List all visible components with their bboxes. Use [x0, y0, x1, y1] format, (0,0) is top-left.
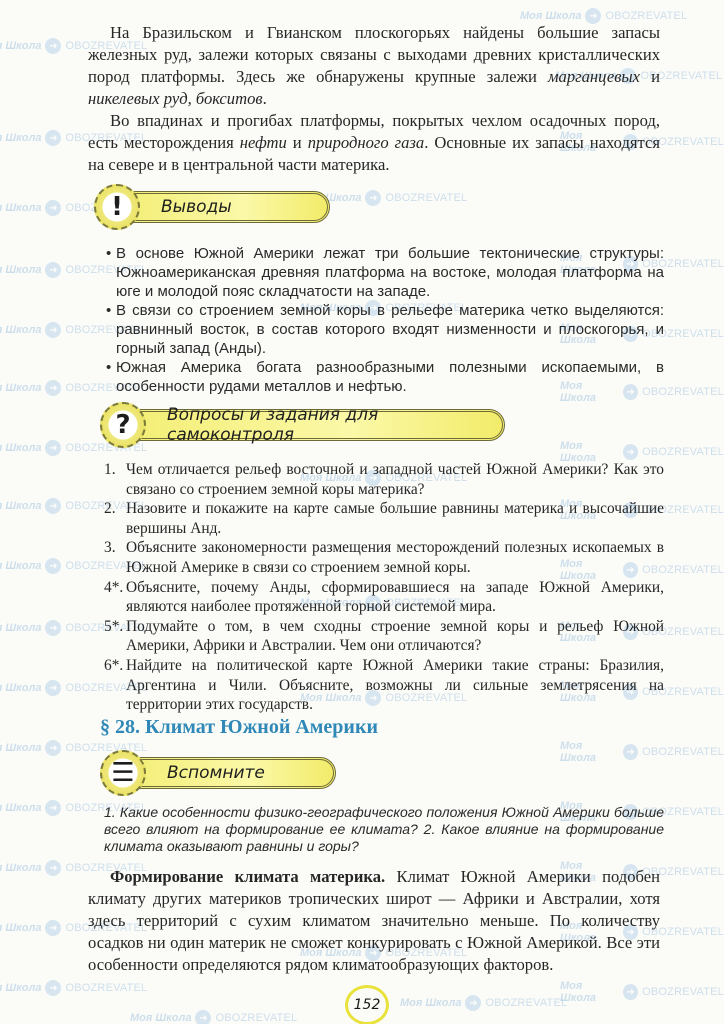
question-text: Объясните закономерности размещения мест…	[126, 538, 664, 577]
question-text: Назовите и покажите на карте самые больш…	[126, 499, 664, 538]
watermark-school-text: Моя Школа	[400, 997, 461, 1009]
watermark-school-text: Моя Школа	[0, 442, 41, 454]
question-item: 5*.Подумайте о том, в чем сходны строени…	[104, 617, 664, 656]
recall-banner: ☰ Вспомните	[100, 752, 336, 796]
brain-icon: ☰	[100, 750, 146, 796]
arrow-circle-icon: ➜	[45, 322, 61, 338]
question-item: 4*.Объясните, почему Анды, сформировавши…	[104, 578, 664, 617]
section-title: § 28. Климат Южной Америки	[100, 716, 378, 739]
emphasis-text: никелевых руд, бокситов	[88, 89, 263, 108]
watermark-school-text: Моя Школа	[0, 264, 41, 276]
arrow-circle-icon: ➜	[623, 984, 638, 1000]
watermark-school-text: Моя Школа	[0, 40, 41, 52]
question-number: 6*.	[104, 656, 126, 715]
arrow-circle-icon: ➜	[45, 200, 61, 216]
arrow-circle-icon: ➜	[45, 498, 61, 514]
watermark-school-text: Моя Школа	[0, 922, 41, 934]
question-text: Подумайте о том, в чем сходны строение з…	[126, 617, 664, 656]
watermark-school-text: Моя Школа	[0, 622, 41, 634]
exclamation-icon: !	[94, 184, 140, 230]
watermark-school-text: Моя Школа	[0, 382, 41, 394]
conclusion-item: В основе Южной Америки лежат три большие…	[116, 244, 664, 301]
watermark-school-text: Моя Школа	[0, 132, 41, 144]
watermark-brand-text: OBOZREVATEL	[215, 1012, 297, 1024]
watermark: Моя Школа➜OBOZREVATEL	[560, 740, 724, 764]
emphasis-text: нефти	[240, 133, 287, 152]
recall-title: Вспомните	[122, 757, 336, 789]
question-text: Найдите на политической карте Южной Амер…	[126, 656, 664, 715]
watermark: Моя Школа➜OBOZREVATEL	[560, 980, 724, 1004]
conclusion-item: В связи со строением земной коры в релье…	[116, 301, 664, 358]
watermark: Моя Школа➜OBOZREVATEL	[400, 995, 567, 1011]
question-number: 1.	[104, 460, 126, 499]
self-check-title: Вопросы и задания для самоконтроля	[122, 409, 505, 441]
emphasis-text: природного газа	[308, 133, 425, 152]
watermark-brand-text: OBOZREVATEL	[642, 746, 724, 758]
emphasis-text: марганцевых	[548, 67, 640, 86]
watermark-brand-text: OBOZREVATEL	[485, 997, 567, 1009]
watermark-school-text: Моя Школа	[520, 10, 581, 22]
question-text: Чем отличается рельеф восточной и западн…	[126, 460, 664, 499]
arrow-circle-icon: ➜	[45, 38, 61, 54]
arrow-circle-icon: ➜	[623, 444, 638, 460]
self-check-questions: 1.Чем отличается рельеф восточной и запа…	[104, 460, 664, 715]
watermark-brand-text: OBOZREVATEL	[65, 982, 147, 994]
arrow-circle-icon: ➜	[45, 130, 61, 146]
watermark-school-text: Моя Школа	[0, 742, 41, 754]
watermark-school-text: Моя Школа	[0, 500, 41, 512]
page-number: 152	[345, 985, 389, 1024]
arrow-circle-icon: ➜	[45, 262, 61, 278]
watermark-school-text: Моя Школа	[130, 1012, 191, 1024]
question-icon: ?	[100, 402, 146, 448]
watermark-school-text: Моя Школа	[0, 862, 41, 874]
question-item: 6*.Найдите на политической карте Южной А…	[104, 656, 664, 715]
conclusion-item: Южная Америка богата разнообразными поле…	[116, 358, 664, 396]
arrow-circle-icon: ➜	[465, 995, 481, 1011]
arrow-circle-icon: ➜	[45, 920, 61, 936]
watermark-brand-text: OBOZREVATEL	[642, 986, 724, 998]
watermark-school-text: Моя Школа	[0, 560, 41, 572]
watermark-school-text: Моя Школа	[0, 324, 41, 336]
watermark-school-text: Моя Школа	[0, 682, 41, 694]
question-text: Объясните, почему Анды, сформировавшиеся…	[126, 578, 664, 617]
arrow-circle-icon: ➜	[45, 980, 61, 996]
question-number: 4*.	[104, 578, 126, 617]
watermark-brand-text: OBOZREVATEL	[605, 10, 687, 22]
text-run: и	[287, 133, 308, 152]
watermark: Моя Школа➜OBOZREVATEL	[130, 1010, 297, 1024]
watermark-school-text: Моя Школа	[0, 202, 41, 214]
question-number: 2.	[104, 499, 126, 538]
arrow-circle-icon: ➜	[45, 740, 61, 756]
text-run: и	[640, 67, 660, 86]
arrow-circle-icon: ➜	[45, 860, 61, 876]
arrow-circle-icon: ➜	[45, 558, 61, 574]
intro-paragraph-oil-gas: Во впадинах и прогибах платформы, покрыт…	[88, 110, 660, 176]
arrow-circle-icon: ➜	[365, 190, 381, 206]
intro-paragraph-ores: На Бразильском и Гвианском плоскогорьях …	[88, 22, 660, 110]
question-number: 5*.	[104, 617, 126, 656]
arrow-circle-icon: ➜	[45, 800, 61, 816]
recall-questions: 1. Какие особенности физико-географическ…	[104, 804, 664, 855]
arrow-circle-icon: ➜	[45, 620, 61, 636]
textbook-page: Моя Школа➜OBOZREVATELМоя Школа➜OBOZREVAT…	[0, 0, 724, 1024]
conclusions-banner: ! Выводы	[94, 186, 330, 230]
arrow-circle-icon: ➜	[623, 744, 638, 760]
climate-heading: Формирование климата материка.	[110, 867, 385, 886]
arrow-circle-icon: ➜	[195, 1010, 211, 1024]
watermark-brand-text: OBOZREVATEL	[385, 192, 467, 204]
arrow-circle-icon: ➜	[45, 680, 61, 696]
watermark: Моя Школа➜OBOZREVATEL	[0, 980, 147, 996]
self-check-banner: ? Вопросы и задания для самоконтроля	[100, 404, 505, 448]
question-number: 3.	[104, 538, 126, 577]
watermark-brand-text: OBOZREVATEL	[642, 446, 724, 458]
watermark-school-text: Моя Школа	[560, 980, 619, 1004]
arrow-circle-icon: ➜	[45, 440, 61, 456]
climate-paragraph: Формирование климата материка. Климат Юж…	[88, 866, 660, 976]
arrow-circle-icon: ➜	[45, 380, 61, 396]
watermark-school-text: Моя Школа	[560, 740, 619, 764]
text-run: .	[263, 89, 267, 108]
question-item: 3.Объясните закономерности размещения ме…	[104, 538, 664, 577]
conclusions-list: В основе Южной Америки лежат три большие…	[116, 244, 664, 396]
question-item: 1.Чем отличается рельеф восточной и запа…	[104, 460, 664, 499]
question-item: 2.Назовите и покажите на карте самые бол…	[104, 499, 664, 538]
watermark-school-text: Моя Школа	[0, 802, 41, 814]
conclusions-title: Выводы	[116, 191, 330, 223]
watermark-school-text: Моя Школа	[0, 982, 41, 994]
